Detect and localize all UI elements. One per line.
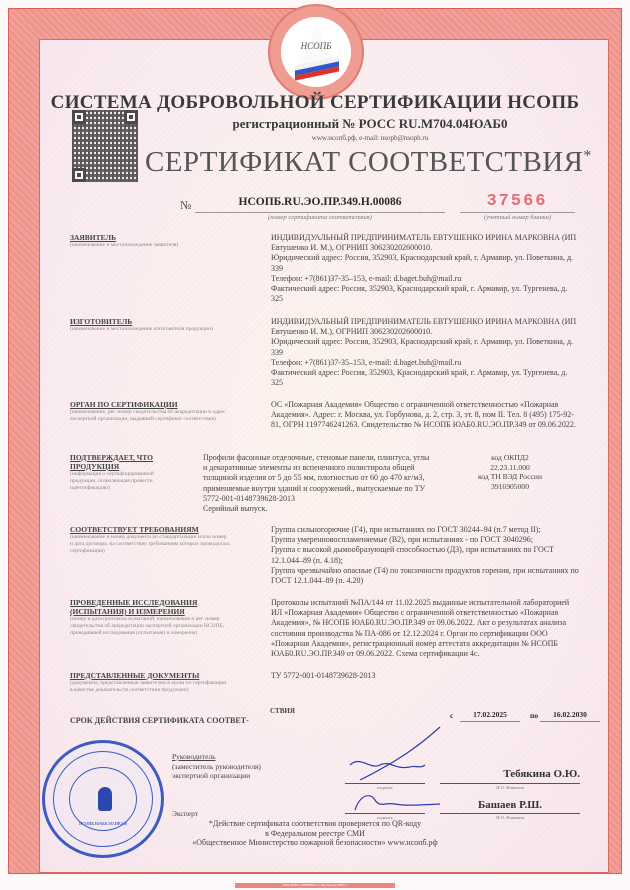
certificate-number: НСОПБ.RU.ЭО.ПР.349.Н.00086 bbox=[200, 196, 440, 208]
printer-mark: ООО НПО «ФЕНИКС» г. Краснодар 2025 г. bbox=[235, 883, 395, 888]
certificate-page: НСОПБ СИСТЕМА ДОБРОВОЛЬНОЙ СЕРТИФИКАЦИИ … bbox=[0, 0, 630, 890]
expert-role: Эксперт bbox=[172, 809, 198, 818]
registration-number: регистрационный № РОСС RU.М704.04ЮАБ0 bbox=[110, 116, 630, 132]
product-codes: код ОКПД222.23.11.000 код ТН ВЭД России3… bbox=[455, 453, 565, 491]
valid-to: 16.02.2030 bbox=[540, 710, 600, 722]
stamp-seal-icon: НСОПБ ЮАБ0.ЭО.ПР.349 bbox=[42, 740, 164, 858]
blank-number: 37566 bbox=[462, 192, 572, 211]
valid-from: 17.02.2025 bbox=[460, 710, 520, 722]
head-signature-icon bbox=[340, 725, 450, 785]
expert-signature-icon bbox=[345, 790, 445, 815]
emblem-text: НСОПБ bbox=[281, 41, 351, 51]
number-label: № bbox=[180, 198, 191, 213]
nsopb-emblem: НСОПБ bbox=[268, 4, 364, 100]
knight-helmet-icon bbox=[98, 787, 112, 811]
certificate-title: СЕРТИФИКАТ СООТВЕТСТВИЯ* bbox=[145, 146, 592, 179]
validity-period: СРОК ДЕЙСТВИЯ СЕРТИФИКАТА СООТВЕТ- СТВИЯ… bbox=[70, 710, 580, 728]
certificate-number-caption: (номер сертификата соответствия) bbox=[195, 214, 445, 221]
footnote: *Действие сертификата соответствия прове… bbox=[160, 819, 470, 848]
contacts: www.нсопб.рф, e-mail: nsopb@nsopb.ru bbox=[110, 134, 630, 142]
head-name: Тебякина О.Ю. bbox=[440, 768, 580, 780]
expert-name: Башаев Р.Ш. bbox=[440, 799, 580, 811]
emblem-logo-icon: НСОПБ bbox=[281, 17, 351, 87]
head-role: Руководитель (заместитель руководителя) … bbox=[172, 752, 261, 781]
blank-number-caption: (учетный номер бланка) bbox=[460, 214, 575, 221]
